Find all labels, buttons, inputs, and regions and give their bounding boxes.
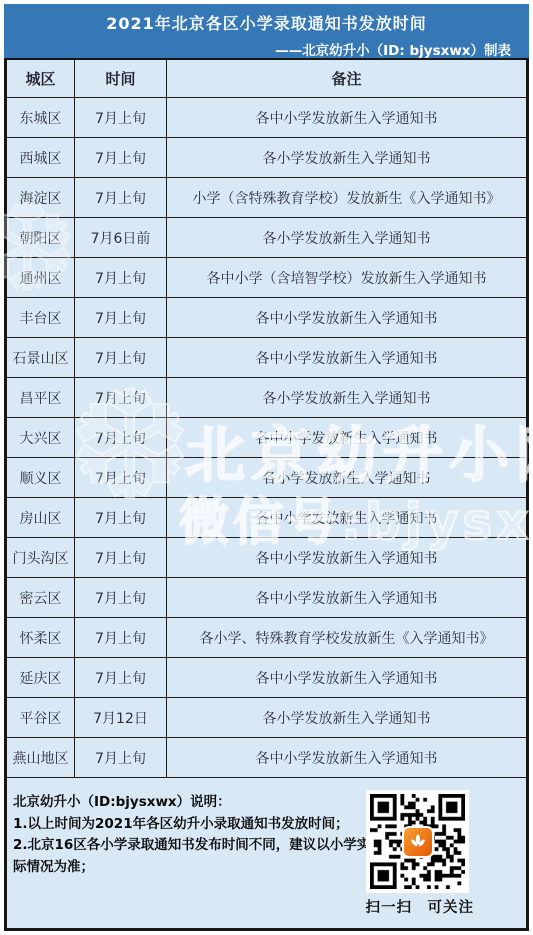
table-row: 通州区7月上旬各中小学（含培智学校）发放新生入学通知书 (7, 258, 526, 298)
bird-leaf-icon (408, 832, 428, 852)
row-note-cell: 各中小学发放新生入学通知书 (167, 578, 526, 617)
row-time-cell: 7月上旬 (75, 458, 167, 497)
table-row: 海淀区7月上旬小学（含特殊教育学校）发放新生《入学通知书》 (7, 178, 526, 218)
schedule-table: 城区 时间 备注 东城区7月上旬各中小学发放新生入学通知书西城区7月上旬各小学发… (4, 58, 529, 931)
row-district-cell: 怀柔区 (7, 618, 75, 657)
title-bar: 2021年北京各区小学录取通知书发放时间 ——北京幼升小（ID: bjysxwx… (4, 4, 529, 58)
row-note-cell: 各中小学发放新生入学通知书 (167, 538, 526, 577)
table-row: 东城区7月上旬各中小学发放新生入学通知书 (7, 98, 526, 138)
row-time-cell: 7月上旬 (75, 338, 167, 377)
column-header-district: 城区 (7, 60, 75, 97)
row-time-cell: 7月上旬 (75, 658, 167, 697)
column-header-note: 备注 (167, 60, 526, 97)
table-row: 昌平区7月上旬各小学发放新生入学通知书 (7, 378, 526, 418)
footer-note-line: 2.北京16区各小学录取通知书发布时间不同，建议以小学实际情况为准； (13, 835, 371, 878)
row-district-cell: 通州区 (7, 258, 75, 297)
row-district-cell: 朝阳区 (7, 218, 75, 257)
footer-notes-title: 北京幼升小（ID:bjysxwx）说明： (13, 792, 371, 814)
page-subtitle: ——北京幼升小（ID: bjysxwx）制表 (4, 39, 529, 59)
table-row: 石景山区7月上旬各中小学发放新生入学通知书 (7, 338, 526, 378)
row-note-cell: 各小学发放新生入学通知书 (167, 378, 526, 417)
row-time-cell: 7月上旬 (75, 418, 167, 457)
row-district-cell: 密云区 (7, 578, 75, 617)
row-time-cell: 7月上旬 (75, 138, 167, 177)
row-district-cell: 平谷区 (7, 698, 75, 737)
table-body: 东城区7月上旬各中小学发放新生入学通知书西城区7月上旬各小学发放新生入学通知书海… (7, 98, 526, 778)
row-note-cell: 各小学发放新生入学通知书 (167, 138, 526, 177)
row-time-cell: 7月6日前 (75, 218, 167, 257)
page-title: 2021年北京各区小学录取通知书发放时间 (4, 4, 529, 34)
qr-caption: 扫一扫 可关注 (366, 896, 475, 917)
row-district-cell: 石景山区 (7, 338, 75, 377)
footer-section: 北京幼升小（ID:bjysxwx）说明： 1.以上时间为2021年各区幼升小录取… (7, 778, 526, 928)
row-district-cell: 昌平区 (7, 378, 75, 417)
row-time-cell: 7月上旬 (75, 498, 167, 537)
row-note-cell: 小学（含特殊教育学校）发放新生《入学通知书》 (167, 178, 526, 217)
row-time-cell: 7月上旬 (75, 178, 167, 217)
row-time-cell: 7月上旬 (75, 538, 167, 577)
row-district-cell: 延庆区 (7, 658, 75, 697)
table-row: 燕山地区7月上旬各中小学发放新生入学通知书 (7, 738, 526, 778)
qr-center-logo-icon (402, 826, 434, 858)
table-row: 门头沟区7月上旬各中小学发放新生入学通知书 (7, 538, 526, 578)
row-time-cell: 7月上旬 (75, 298, 167, 337)
row-note-cell: 各中小学发放新生入学通知书 (167, 298, 526, 337)
table-header-row: 城区 时间 备注 (7, 60, 526, 98)
column-header-time: 时间 (75, 60, 167, 97)
row-district-cell: 燕山地区 (7, 738, 75, 777)
row-time-cell: 7月上旬 (75, 378, 167, 417)
row-note-cell: 各中小学发放新生入学通知书 (167, 498, 526, 537)
table-row: 大兴区7月上旬各中小学发放新生入学通知书 (7, 418, 526, 458)
row-time-cell: 7月上旬 (75, 98, 167, 137)
row-note-cell: 各中小学发放新生入学通知书 (167, 738, 526, 777)
row-district-cell: 海淀区 (7, 178, 75, 217)
table-row: 延庆区7月上旬各中小学发放新生入学通知书 (7, 658, 526, 698)
row-time-cell: 7月上旬 (75, 258, 167, 297)
row-district-cell: 顺义区 (7, 458, 75, 497)
row-note-cell: 各中小学发放新生入学通知书 (167, 418, 526, 457)
row-time-cell: 7月12日 (75, 698, 167, 737)
row-note-cell: 各小学发放新生入学通知书 (167, 698, 526, 737)
footer-note-line: 1.以上时间为2021年各区幼升小录取通知书发放时间； (13, 814, 371, 836)
row-note-cell: 各小学、特殊教育学校发放新生《入学通知书》 (167, 618, 526, 657)
row-note-cell: 各小学发放新生入学通知书 (167, 458, 526, 497)
table-row: 西城区7月上旬各小学发放新生入学通知书 (7, 138, 526, 178)
row-district-cell: 房山区 (7, 498, 75, 537)
row-note-cell: 各中小学发放新生入学通知书 (167, 98, 526, 137)
table-row: 密云区7月上旬各中小学发放新生入学通知书 (7, 578, 526, 618)
row-note-cell: 各中小学发放新生入学通知书 (167, 338, 526, 377)
table-row: 平谷区7月12日各小学发放新生入学通知书 (7, 698, 526, 738)
table-row: 顺义区7月上旬各小学发放新生入学通知书 (7, 458, 526, 498)
footer-notes: 北京幼升小（ID:bjysxwx）说明： 1.以上时间为2021年各区幼升小录取… (13, 792, 371, 878)
row-time-cell: 7月上旬 (75, 578, 167, 617)
row-district-cell: 丰台区 (7, 298, 75, 337)
row-district-cell: 门头沟区 (7, 538, 75, 577)
row-time-cell: 7月上旬 (75, 738, 167, 777)
row-time-cell: 7月上旬 (75, 618, 167, 657)
table-sheet: 2021年北京各区小学录取通知书发放时间 ——北京幼升小（ID: bjysxwx… (4, 4, 529, 931)
qr-code (366, 790, 469, 893)
table-row: 怀柔区7月上旬各小学、特殊教育学校发放新生《入学通知书》 (7, 618, 526, 658)
row-note-cell: 各中小学发放新生入学通知书 (167, 658, 526, 697)
table-row: 朝阳区7月6日前各小学发放新生入学通知书 (7, 218, 526, 258)
table-row: 丰台区7月上旬各中小学发放新生入学通知书 (7, 298, 526, 338)
row-district-cell: 东城区 (7, 98, 75, 137)
row-note-cell: 各小学发放新生入学通知书 (167, 218, 526, 257)
row-note-cell: 各中小学（含培智学校）发放新生入学通知书 (167, 258, 526, 297)
row-district-cell: 大兴区 (7, 418, 75, 457)
table-row: 房山区7月上旬各中小学发放新生入学通知书 (7, 498, 526, 538)
row-district-cell: 西城区 (7, 138, 75, 177)
